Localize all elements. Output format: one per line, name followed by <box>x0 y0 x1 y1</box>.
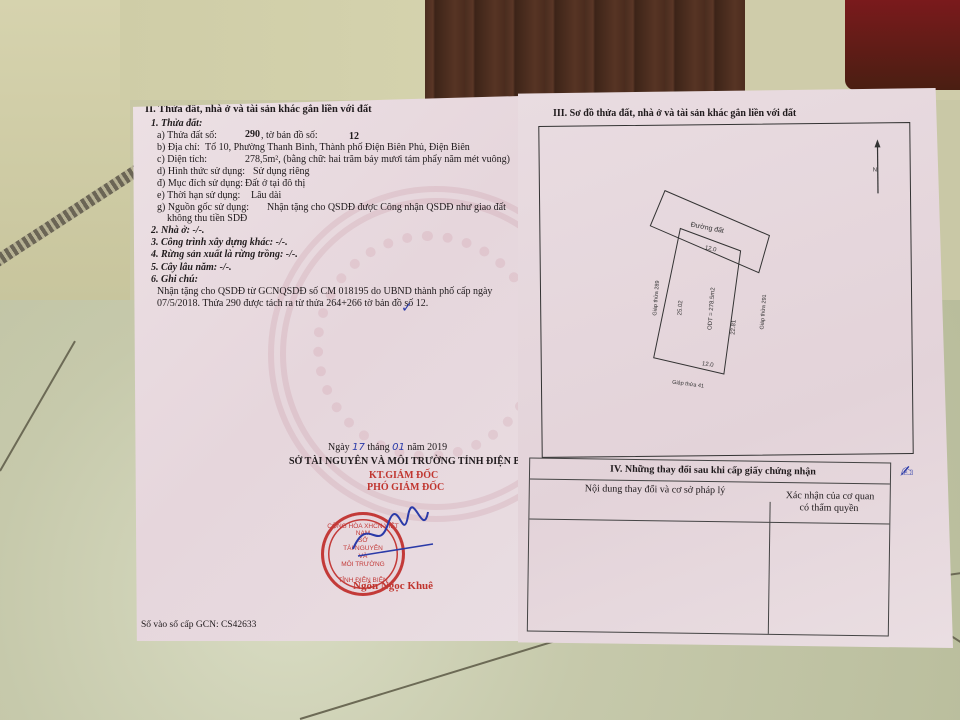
origin-value-1: Nhận tặng cho QSDĐ được Công nhận QSDĐ n… <box>267 202 506 214</box>
changes-table: IV. Những thay đổi sau khi cấp giấy chứn… <box>527 457 891 636</box>
forest-item: 4. Rừng sản xuất là rừng trồng: -/-. <box>151 249 298 261</box>
notes-line-1: Nhận tặng cho QSDĐ từ GCNQSDĐ số CM 0181… <box>157 286 492 298</box>
top-edge-length: 12.0 <box>704 245 717 253</box>
red-chair <box>845 0 960 90</box>
date-year: 2019 <box>427 442 447 453</box>
right-page: III. Sơ đồ thửa đất, nhà ở và tài sản kh… <box>518 88 953 648</box>
origin-value-2: không thu tiền SDĐ <box>167 213 247 225</box>
parcel-area-label: ODT = 278.5m2 <box>707 287 716 331</box>
notes-line-2: 07/5/2018. Thửa 290 được tách ra từ thửa… <box>157 298 428 310</box>
date-month: 01 <box>392 442 405 453</box>
initials-mark: ✓ <box>401 300 413 317</box>
changes-table-title: IV. Những thay đổi sau khi cấp giấy chứn… <box>610 464 816 479</box>
house-item: 2. Nhà ở: -/-. <box>151 225 204 237</box>
blue-ink-mark: ✍ <box>900 462 913 481</box>
area-label: c) Diện tích: <box>157 154 207 166</box>
right-edge-length: 22.81 <box>730 319 737 335</box>
wall-back <box>120 0 430 100</box>
bottom-edge-length: 12.0 <box>702 361 715 369</box>
land-heading: 1. Thửa đất: <box>151 118 202 130</box>
term-label: e) Thời hạn sử dụng: <box>157 190 240 202</box>
issuer-name: SỞ TÀI NGUYÊN VÀ MÔI TRƯỜNG TỈNH ĐIỆN BI… <box>289 456 538 468</box>
changes-table-header-row: Nội dung thay đổi và cơ sở pháp lý Xác n… <box>529 478 890 524</box>
date-line: Ngày 17 tháng 01 năm 2019 <box>328 442 447 454</box>
date-year-label: năm <box>407 442 424 453</box>
address-label: b) Địa chỉ: <box>157 142 200 154</box>
date-prefix: Ngày <box>328 442 350 453</box>
registry-number: Số vào sổ cấp GCN: CS42633 <box>141 620 256 631</box>
north-arrow-icon <box>877 145 878 193</box>
use-form-label: d) Hình thức sử dụng: <box>157 166 245 178</box>
signer-title-1: KT.GIÁM ĐỐC <box>369 470 438 482</box>
address-value: Tổ 10, Phường Thanh Bình, Thành phố Điện… <box>205 142 470 154</box>
signer-name: Ngôn Ngọc Khuê <box>353 580 433 593</box>
purpose-label: đ) Mục đích sử dụng: <box>157 178 243 190</box>
notes-heading: 6. Ghi chú: <box>151 274 198 286</box>
signature-scribble <box>348 504 438 564</box>
section-ii-title: II. Thửa đất, nhà ở và tài sản khác gắn … <box>145 104 372 117</box>
north-label: N <box>873 167 877 173</box>
area-value: 278,5m², (bằng chữ: hai trăm bảy mươi tá… <box>245 154 510 166</box>
col-content-header: Nội dung thay đổi và cơ sở pháp lý <box>585 483 726 497</box>
wall-left <box>0 0 130 300</box>
date-day: 17 <box>352 442 365 453</box>
col-confirm-header-2: có thẩm quyền <box>799 502 858 515</box>
signer-title-2: PHÓ GIÁM ĐỐC <box>367 482 444 494</box>
section-iii-title: III. Sơ đồ thửa đất, nhà ở và tài sản kh… <box>553 108 796 120</box>
use-form-value: Sử dụng riêng <box>253 166 310 178</box>
parcel-diagram-frame: N Đường đất 12.0 12.0 25.02 22.81 ODT = … <box>538 122 913 458</box>
map-sheet-label: , tờ bản đồ số: <box>261 130 318 142</box>
road-label: Đường đất <box>690 220 725 236</box>
drum-emblem-inner <box>313 231 543 461</box>
parcel-label: a) Thửa đất số: <box>157 130 217 142</box>
term-value: Lâu dài <box>251 190 281 202</box>
wooden-door <box>425 0 755 100</box>
bottom-neighbor-label: Giáp thửa 41 <box>672 379 705 390</box>
certificate-document: II. Thửa đất, nhà ở và tài sản khác gắn … <box>133 88 953 648</box>
left-edge-length: 25.02 <box>677 300 684 316</box>
right-neighbor-label: Giáp thửa 291 <box>758 294 768 330</box>
trees-item: 5. Cây lâu năm: -/-. <box>151 262 232 274</box>
left-page: II. Thửa đất, nhà ở và tài sản khác gắn … <box>133 96 520 641</box>
date-month-label: tháng <box>367 442 389 453</box>
parcel-number: 290 <box>245 129 260 141</box>
left-neighbor-label: Giáp thửa 289 <box>651 280 661 316</box>
construction-item: 3. Công trình xây dựng khác: -/-. <box>151 237 288 249</box>
parcel-diagram: N Đường đất 12.0 12.0 25.02 22.81 ODT = … <box>539 123 912 457</box>
purpose-value: Đất ở tại đô thị <box>245 178 305 190</box>
